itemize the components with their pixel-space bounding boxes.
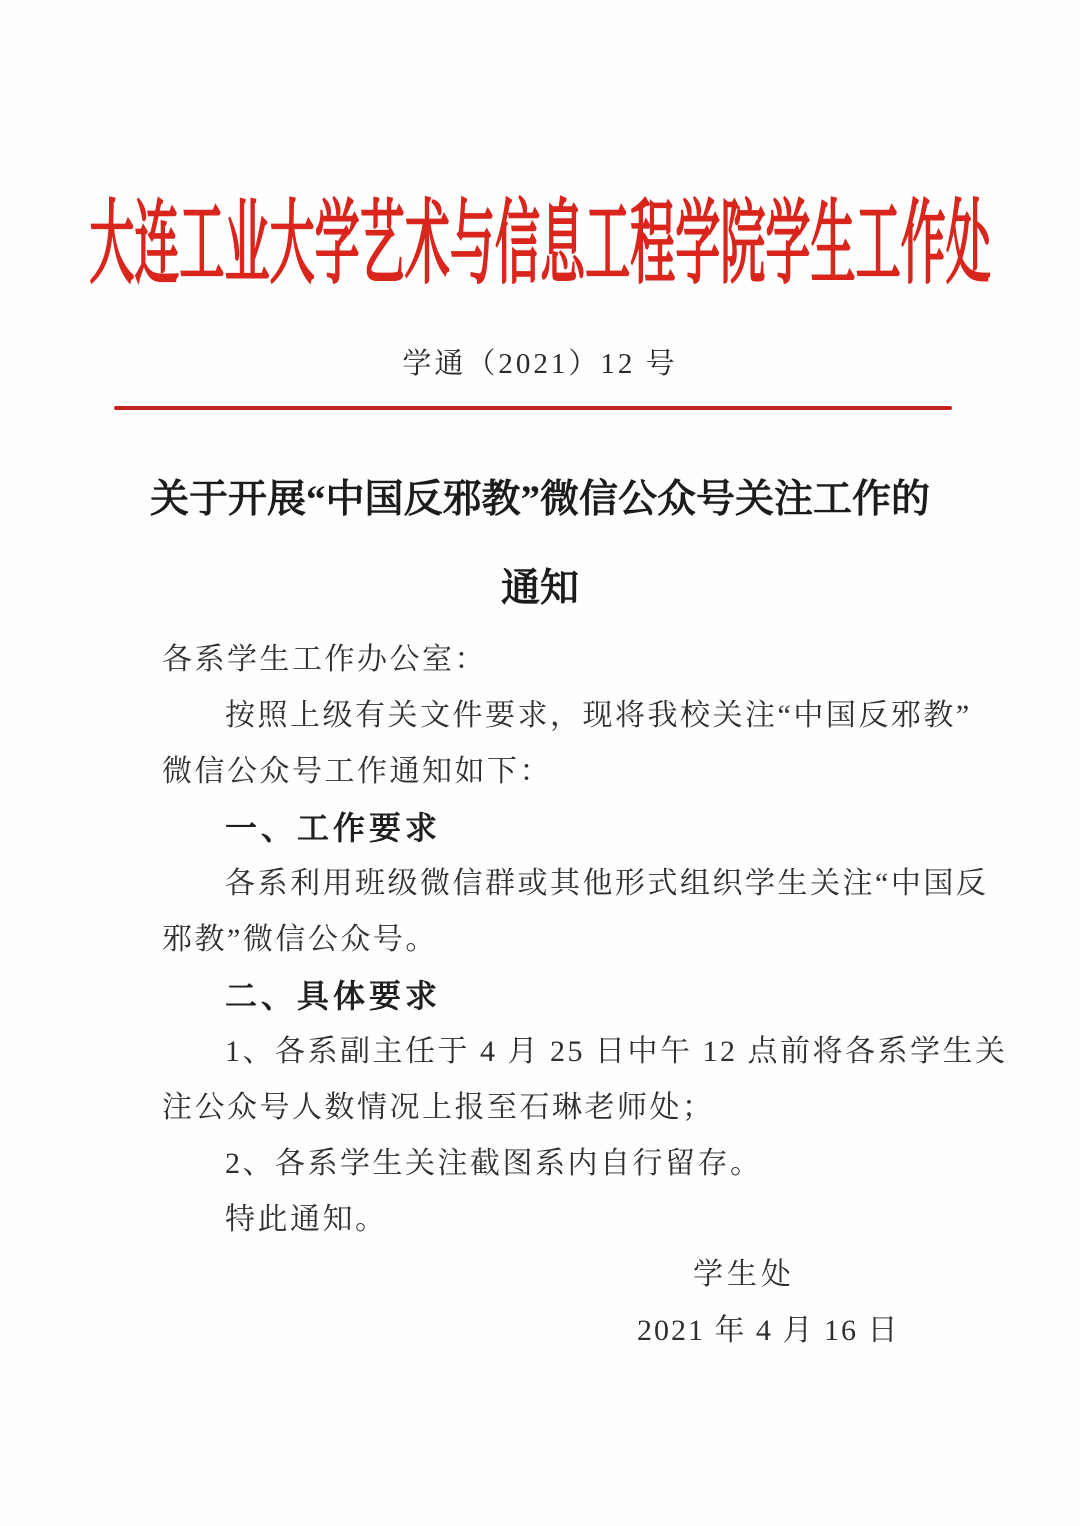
letterhead: 大连工业大学艺术与信息工程学院学生工作处 <box>0 194 1080 294</box>
body-line: 按照上级有关文件要求，现将我校关注“中国反邪教” <box>162 688 932 744</box>
signature-department: 学生处 <box>693 1247 795 1303</box>
letterhead-org-title: 大连工业大学艺术与信息工程学院学生工作处 <box>89 194 991 294</box>
notice-title-line-2: 通知 <box>0 557 1080 613</box>
section-heading-1: 一、工作要求 <box>162 800 932 856</box>
document-number: 学通（2021）12 号 <box>0 346 1080 382</box>
notice-document-page: 大连工业大学艺术与信息工程学院学生工作处 学通（2021）12 号 关于开展“中… <box>0 0 1080 1526</box>
notice-title-line-1: 关于开展“中国反邪教”微信公众号关注工作的 <box>0 468 1080 524</box>
body-line-item-1: 1、各系副主任于 4 月 25 日中午 12 点前将各系学生关 <box>162 1024 932 1080</box>
body-line: 微信公众号工作通知如下： <box>162 744 932 800</box>
body-line: 邪教”微信公众号。 <box>162 912 932 968</box>
letterhead-divider-line <box>114 406 952 410</box>
body-line-item-2: 2、各系学生关注截图系内自行留存。 <box>162 1136 932 1192</box>
section-heading-2: 二、具体要求 <box>162 968 932 1024</box>
closing-phrase: 特此通知。 <box>162 1192 932 1248</box>
signature-date: 2021 年 4 月 16 日 <box>637 1303 900 1359</box>
body-line: 各系利用班级微信群或其他形式组织学生关注“中国反 <box>162 856 932 912</box>
salutation: 各系学生工作办公室： <box>162 632 932 688</box>
body-line: 注公众号人数情况上报至石琳老师处； <box>162 1080 932 1136</box>
notice-body: 各系学生工作办公室： 按照上级有关文件要求，现将我校关注“中国反邪教” 微信公众… <box>162 632 932 1248</box>
